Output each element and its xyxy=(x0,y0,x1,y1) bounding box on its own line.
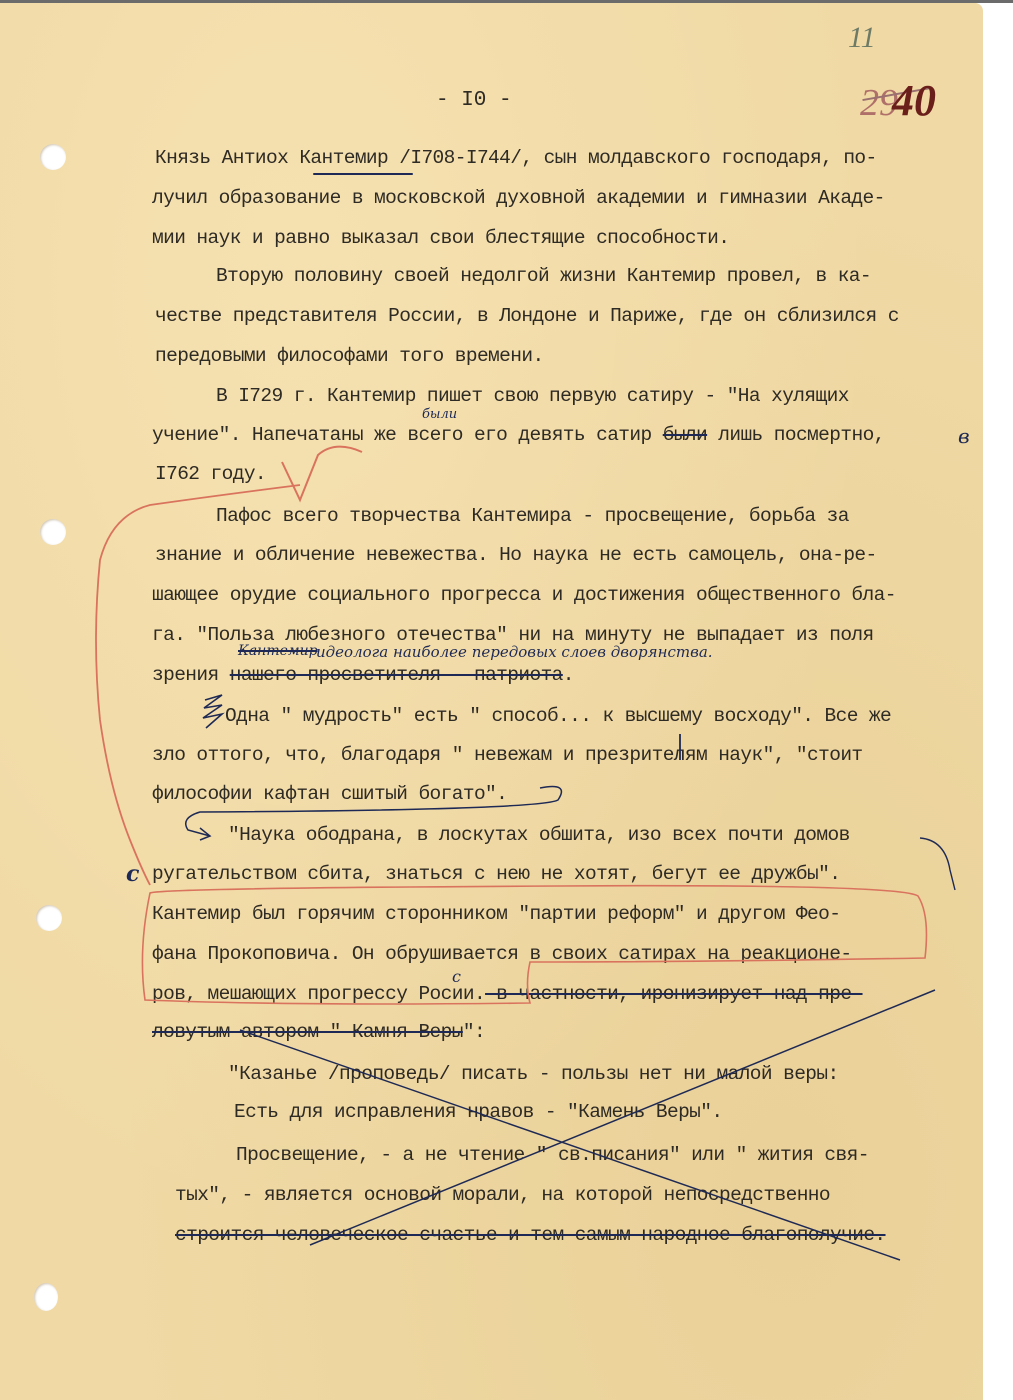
deletion-x-line-1 xyxy=(240,1030,900,1260)
red-checkmark xyxy=(282,447,362,500)
annotation-overlay xyxy=(0,0,1013,1400)
deletion-x-line-2 xyxy=(310,990,935,1245)
red-bracket xyxy=(96,485,300,885)
red-box xyxy=(142,886,926,1004)
pen-scribble xyxy=(203,695,222,728)
pen-arrow-return xyxy=(186,787,562,837)
pen-connector xyxy=(920,838,955,890)
